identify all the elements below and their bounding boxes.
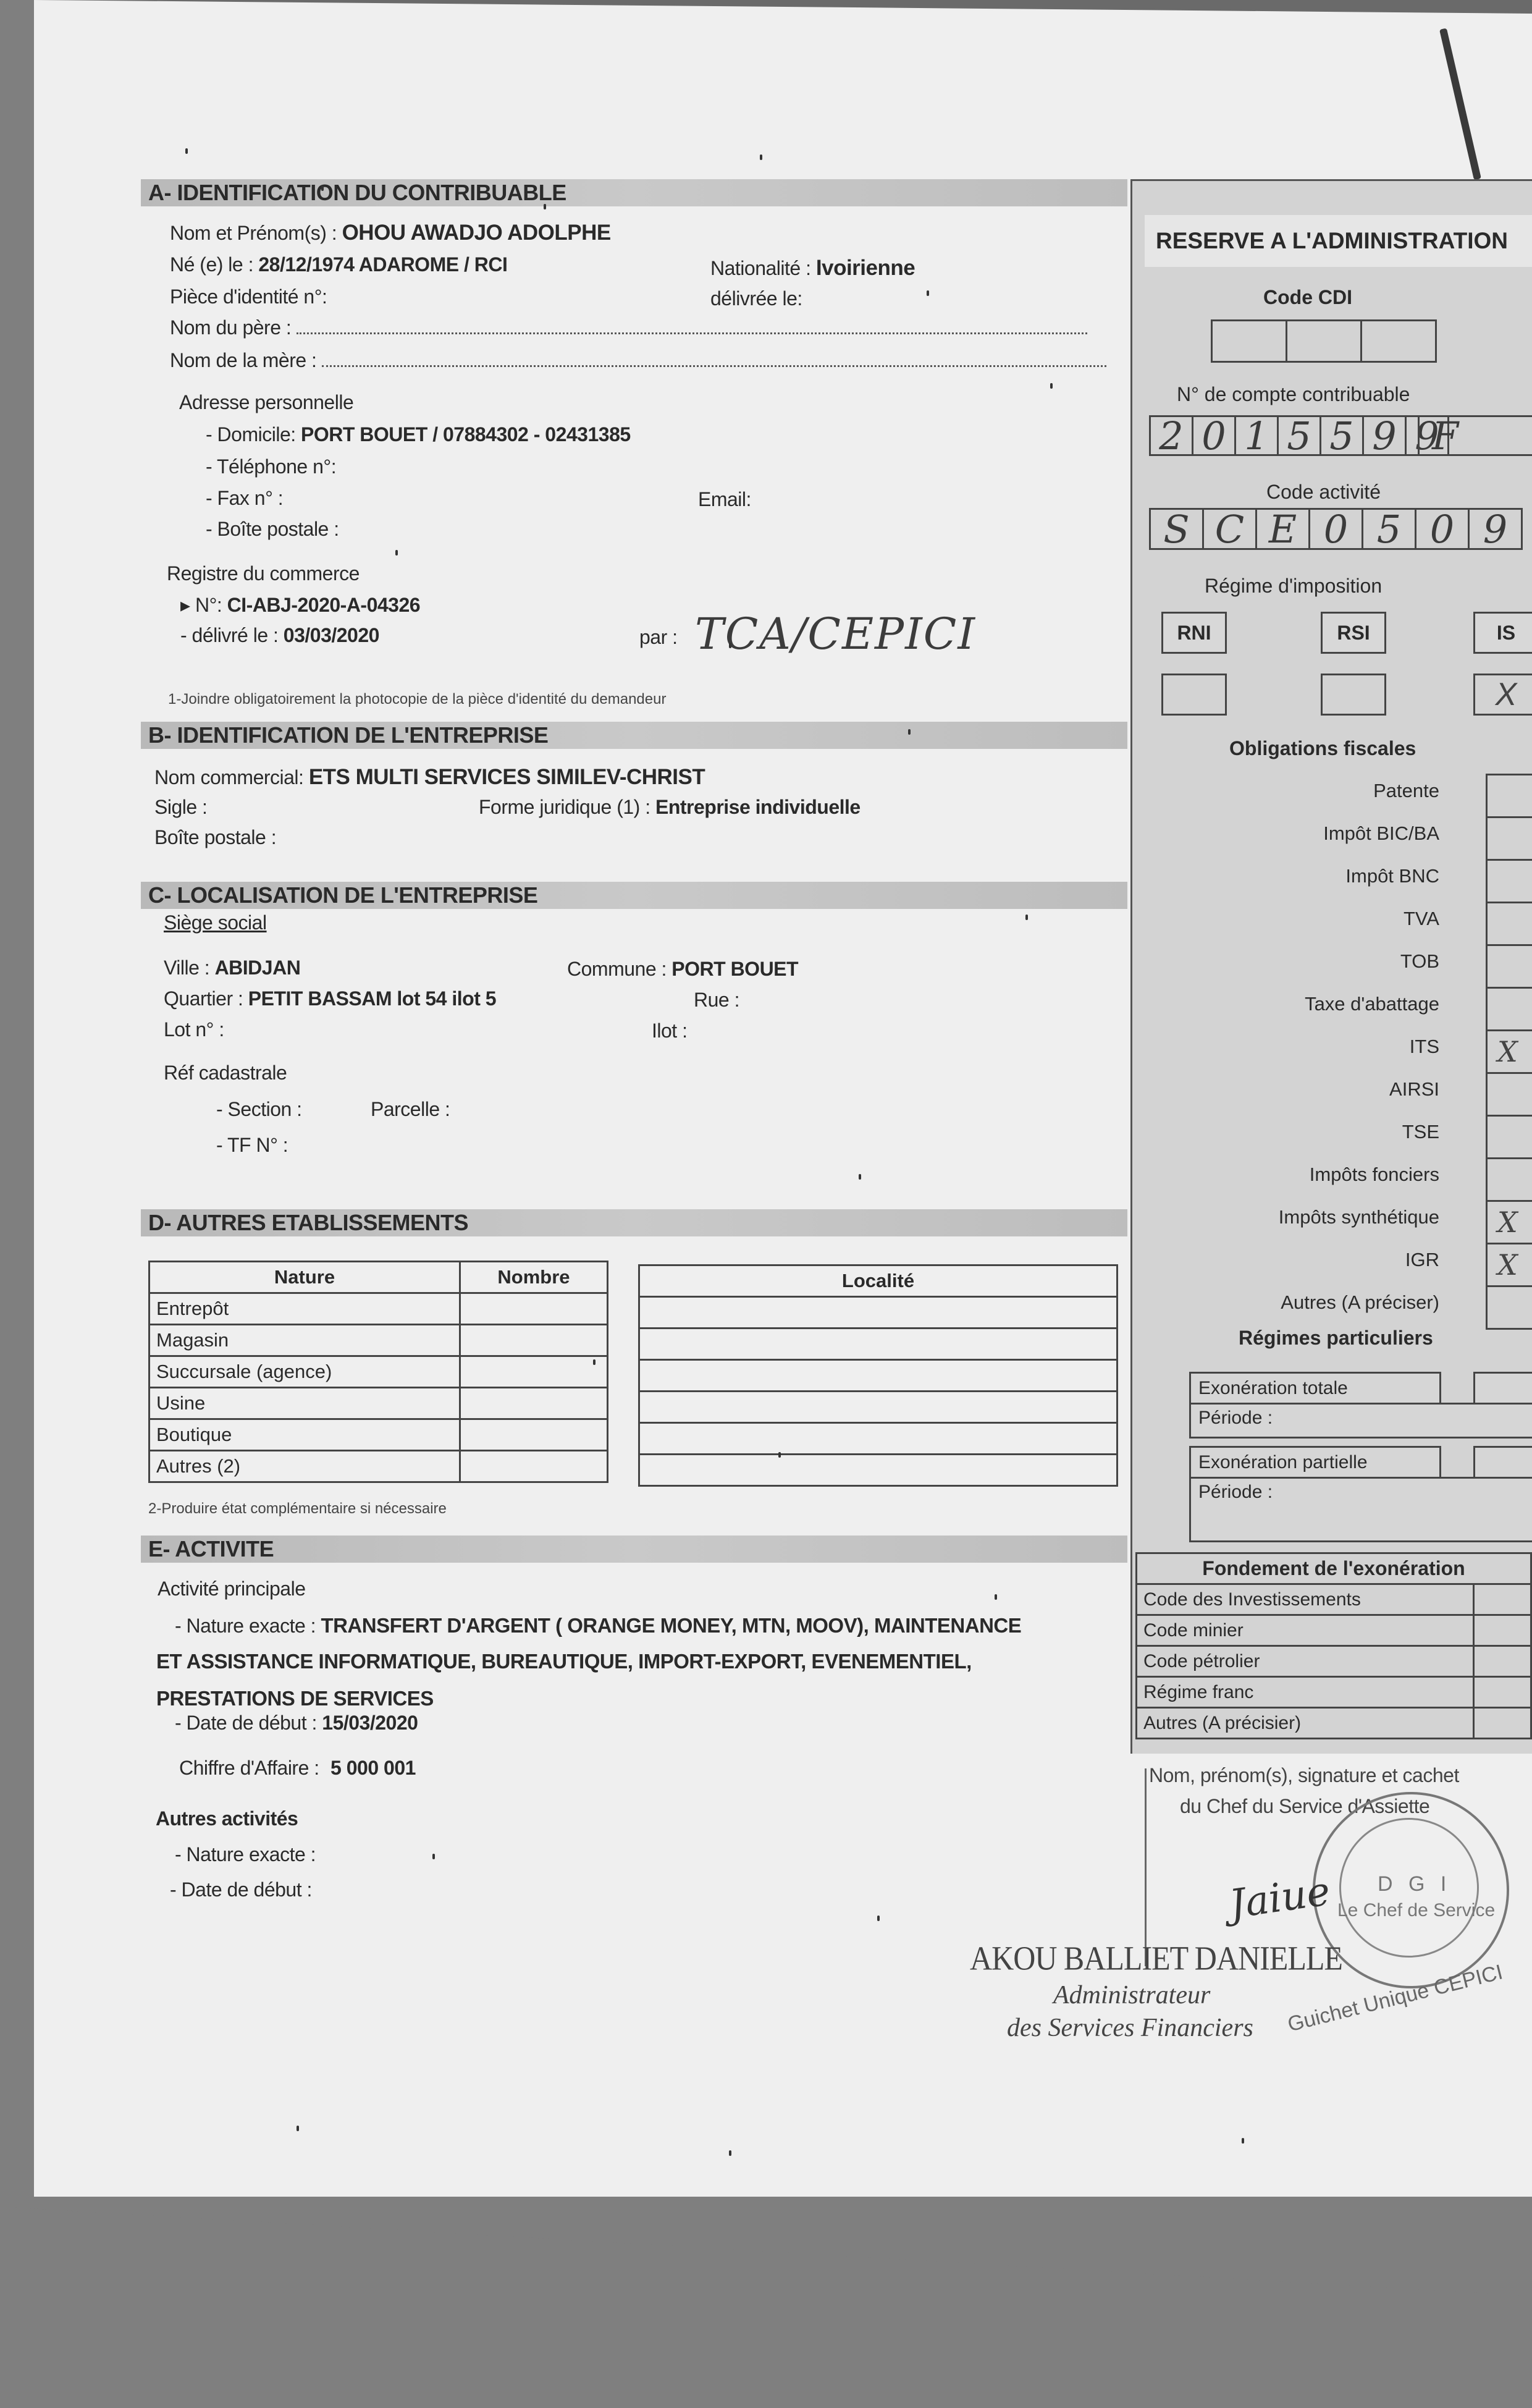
rc-delivre-label: délivré le : <box>192 624 279 646</box>
char-box[interactable]: 5 <box>1279 417 1321 454</box>
quartier-label: Quartier : <box>164 987 243 1010</box>
admin-title: RESERVE A L'ADMINISTRATION <box>1145 215 1532 267</box>
mere-label: Nom de la mère : <box>170 349 316 371</box>
obligation-checkbox[interactable] <box>1488 1159 1532 1202</box>
char-box[interactable]: C <box>1204 510 1257 548</box>
signature-label-line1: Nom, prénom(s), signature et cachet <box>1149 1764 1459 1787</box>
regime-label-rni: RNI <box>1161 612 1227 654</box>
obligation-checkbox[interactable] <box>1488 818 1532 861</box>
regimes-particuliers-label: Régimes particuliers <box>1239 1327 1433 1350</box>
compte-key: F <box>1420 417 1532 454</box>
nom-commercial-value: ETS MULTI SERVICES SIMILEV-CHRIST <box>309 765 705 789</box>
domicile-label: Domicile: <box>217 423 296 446</box>
exo-totale-label: Exonération totale <box>1189 1372 1441 1405</box>
fondement-item: Code des Investissements <box>1137 1584 1474 1615</box>
obligation-checkbox[interactable] <box>1488 903 1532 946</box>
stamp-chef-service: Le Chef de Service <box>1337 1900 1495 1921</box>
rc-no-value: CI-ABJ-2020-A-04326 <box>227 594 420 616</box>
exo-totale-checkbox[interactable] <box>1473 1372 1532 1405</box>
char-box[interactable]: 0 <box>1193 417 1236 454</box>
char-box[interactable] <box>1362 321 1435 361</box>
localite-cell[interactable] <box>639 1297 1117 1329</box>
nature-value-line1: TRANSFERT D'ARGENT ( ORANGE MONEY, MTN, … <box>321 1614 1021 1637</box>
date-debut-label: - Date de début : <box>175 1712 317 1734</box>
scan-speck <box>432 1854 435 1859</box>
compte-label: N° de compte contribuable <box>1177 383 1410 406</box>
ca-label: Chiffre d'Affaire : <box>179 1757 319 1779</box>
nature-cell: Succursale (agence) <box>149 1356 460 1388</box>
obligation-checkbox[interactable]: X <box>1488 1244 1532 1287</box>
table-row: Entrepôt <box>149 1293 608 1325</box>
etablissements-table: Nature Nombre EntrepôtMagasinSuccursale … <box>148 1261 608 1483</box>
localite-cell[interactable] <box>639 1392 1117 1423</box>
fondement-checkbox[interactable] <box>1474 1584 1531 1615</box>
nature-value-line2: ET ASSISTANCE INFORMATIQUE, BUREAUTIQUE,… <box>156 1650 972 1673</box>
obligation-label: Impôts synthétique <box>1279 1206 1439 1228</box>
exo-partielle-label: Exonération partielle <box>1189 1446 1441 1479</box>
table-row: Boutique <box>149 1419 608 1451</box>
fondement-item: Code minier <box>1137 1615 1474 1646</box>
char-box[interactable] <box>1287 321 1362 361</box>
fax-field: - Fax n° : <box>206 487 283 510</box>
table-row: Magasin <box>149 1325 608 1356</box>
localite-cell[interactable] <box>639 1329 1117 1360</box>
char-box[interactable] <box>1213 321 1287 361</box>
obligation-checkbox[interactable] <box>1488 1287 1532 1328</box>
char-box[interactable]: 5 <box>1363 510 1416 548</box>
email-label: Email: <box>698 488 751 511</box>
scan-speck <box>859 1174 861 1180</box>
pere-dotted-line <box>297 332 1087 334</box>
table-row <box>639 1392 1117 1423</box>
exo-totale-periode: Période : <box>1189 1403 1532 1438</box>
nationalite-field: Nationalité : Ivoirienne <box>710 256 915 281</box>
footnote-2: 2-Produire état complémentaire si nécess… <box>148 1500 447 1518</box>
registre-label: Registre du commerce <box>167 562 360 585</box>
scan-speck <box>778 1452 781 1458</box>
table-row: Autres (2) <box>149 1451 608 1482</box>
obligation-label: Impôts fonciers <box>1310 1164 1439 1186</box>
char-box[interactable]: 1 <box>1236 417 1279 454</box>
scan-speck <box>908 729 911 735</box>
regime-checkbox-is[interactable]: X <box>1473 674 1532 716</box>
autres-nature-label: - Nature exacte : <box>175 1843 316 1866</box>
mere-dotted-line <box>322 365 1106 367</box>
obligation-label: AIRSI <box>1389 1078 1439 1100</box>
obligation-label: Impôt BNC <box>1345 865 1439 887</box>
obligation-label: Taxe d'abattage <box>1305 993 1439 1015</box>
obligation-label: TSE <box>1402 1121 1439 1143</box>
mere-field: Nom de la mère : <box>170 349 1134 372</box>
char-box[interactable]: E <box>1257 510 1310 548</box>
regime-label: Régime d'imposition <box>1205 575 1382 598</box>
commune-value: PORT BOUET <box>671 958 798 980</box>
ville-field: Ville : ABIDJAN <box>164 957 300 979</box>
localite-table: Localité <box>638 1264 1118 1487</box>
ilot-label: Ilot : <box>652 1020 687 1042</box>
domicile-value: PORT BOUET / 07884302 - 02431385 <box>301 423 631 446</box>
ca-field: Chiffre d'Affaire : 5 000 001 <box>179 1757 416 1780</box>
char-box[interactable]: 0 <box>1416 510 1470 548</box>
obligation-checkbox[interactable]: X <box>1488 1202 1532 1244</box>
nom-commercial-label: Nom commercial: <box>154 766 303 788</box>
nombre-cell[interactable] <box>460 1325 608 1356</box>
fondement-item: Code pétrolier <box>1137 1646 1474 1677</box>
table-row <box>639 1329 1117 1360</box>
scan-speck <box>1242 2138 1244 2144</box>
obligation-label: TOB <box>1400 950 1439 973</box>
section-c-header: C- LOCALISATION DE L'ENTREPRISE <box>141 882 1127 909</box>
bp-field: - Boîte postale : <box>206 518 339 541</box>
scan-background-bottom <box>0 2184 1532 2408</box>
fondement-item: Autres (A précisier) <box>1137 1708 1474 1739</box>
regime-label-is: IS <box>1473 612 1532 654</box>
nationalite-value: Ivoirienne <box>816 256 915 280</box>
rc-delivre-field: - délivré le : 03/03/2020 <box>180 624 379 647</box>
regime-checkbox-rni[interactable] <box>1161 674 1227 716</box>
piece-label: Pièce d'identité n°: <box>170 285 327 308</box>
nature-value-line3: PRESTATIONS DE SERVICES <box>156 1687 434 1710</box>
fondement-header: Fondement de l'exonération <box>1137 1553 1531 1584</box>
lot-label: Lot n° : <box>164 1018 224 1041</box>
scan-speck <box>1025 915 1028 920</box>
parcelle-label: Parcelle : <box>371 1098 450 1121</box>
nature-cell: Boutique <box>149 1419 460 1451</box>
table-row <box>639 1423 1117 1455</box>
obligations-checkboxes: XXX <box>1486 774 1532 1330</box>
obligation-checkbox[interactable] <box>1488 1074 1532 1117</box>
nom-label: Nom et Prénom(s) : <box>170 222 337 244</box>
section-a-header: A- IDENTIFICATION DU CONTRIBUABLE <box>141 179 1127 206</box>
table-row: Autres (A précisier) <box>1137 1708 1531 1739</box>
code-cdi-boxes <box>1211 319 1437 363</box>
admin-panel-edge <box>1145 1768 1147 1966</box>
char-box[interactable]: 5 <box>1321 417 1364 454</box>
nombre-cell[interactable] <box>460 1388 608 1419</box>
forme-value: Entreprise individuelle <box>655 796 861 818</box>
footnote-1: 1-Joindre obligatoirement la photocopie … <box>168 691 666 708</box>
quartier-value: PETIT BASSAM lot 54 ilot 5 <box>248 987 496 1010</box>
obligations-label: Obligations fiscales <box>1229 737 1416 760</box>
nom-commercial-field: Nom commercial: ETS MULTI SERVICES SIMIL… <box>154 765 705 790</box>
fondement-checkbox[interactable] <box>1474 1677 1531 1708</box>
b-bp-label: Boîte postale : <box>154 826 276 849</box>
nature-cell: Usine <box>149 1388 460 1419</box>
fondement-checkbox[interactable] <box>1474 1615 1531 1646</box>
table-row: Code pétrolier <box>1137 1646 1531 1677</box>
telephone-label: Téléphone n°: <box>217 455 336 478</box>
quartier-field: Quartier : PETIT BASSAM lot 54 ilot 5 <box>164 987 496 1010</box>
code-activite-label: Code activité <box>1266 481 1381 504</box>
scan-speck <box>995 1594 997 1600</box>
localite-cell[interactable] <box>639 1423 1117 1455</box>
table-row: Régime franc <box>1137 1677 1531 1708</box>
scan-speck <box>593 1359 596 1365</box>
exo-partielle-checkbox[interactable] <box>1473 1446 1532 1479</box>
obligation-label: IGR <box>1405 1249 1439 1271</box>
nature-exacte-field: - Nature exacte : TRANSFERT D'ARGENT ( O… <box>175 1614 1021 1637</box>
exo-partielle-periode: Période : <box>1189 1477 1532 1542</box>
ref-cadastrale-label: Réf cadastrale <box>164 1062 287 1084</box>
col-nature: Nature <box>149 1262 460 1293</box>
fondement-table: Fondement de l'exonération Code des Inve… <box>1135 1552 1532 1739</box>
table-row <box>639 1360 1117 1392</box>
char-box[interactable]: 9 <box>1364 417 1407 454</box>
table-header-row: Localité <box>639 1265 1117 1297</box>
commune-field: Commune : PORT BOUET <box>567 958 798 981</box>
obligation-label: Patente <box>1373 780 1439 802</box>
commune-label: Commune : <box>567 958 667 980</box>
section-d-header: D- AUTRES ETABLISSEMENTS <box>141 1209 1127 1236</box>
nom-field: Nom et Prénom(s) : OHOU AWADJO ADOLPHE <box>170 221 611 245</box>
scan-speck <box>877 1916 880 1921</box>
bp-label: Boîte postale : <box>217 518 339 540</box>
compte-contribuable-boxes: 2015599 <box>1149 415 1449 456</box>
code-activite-boxes: SCE0509 <box>1149 508 1523 550</box>
fondement-item: Régime franc <box>1137 1677 1474 1708</box>
table-row: Code minier <box>1137 1615 1531 1646</box>
compte-key-box: F <box>1418 415 1532 456</box>
nature-label: - Nature exacte : <box>175 1615 316 1637</box>
autres-date-label: - Date de début : <box>170 1878 312 1901</box>
scan-speck <box>297 2126 299 2131</box>
autres-activites-label: Autres activités <box>156 1807 298 1830</box>
obligation-label: Impôt BIC/BA <box>1323 822 1439 845</box>
table-row <box>639 1297 1117 1329</box>
rc-delivre-value: 03/03/2020 <box>284 624 379 646</box>
char-box[interactable]: 9 <box>1470 510 1521 548</box>
siege-label: Siège social <box>164 911 267 934</box>
par-label: par : <box>639 626 678 649</box>
date-debut-value: 15/03/2020 <box>322 1712 418 1734</box>
section-field: - Section : <box>216 1098 302 1121</box>
scan-speck <box>1050 383 1053 389</box>
regime-checkbox-rsi[interactable] <box>1321 674 1386 716</box>
scan-speck <box>544 204 546 209</box>
tf-field: - TF N° : <box>216 1134 288 1157</box>
obligation-checkbox[interactable]: X <box>1488 1031 1532 1074</box>
scan-speck <box>395 550 398 556</box>
activite-principale-label: Activité principale <box>158 1578 306 1600</box>
obligation-checkbox[interactable] <box>1488 775 1532 818</box>
nombre-cell[interactable] <box>460 1293 608 1325</box>
fondement-checkbox[interactable] <box>1474 1708 1531 1739</box>
section-label: Section : <box>228 1098 302 1120</box>
code-cdi-label: Code CDI <box>1263 286 1352 309</box>
scan-speck <box>927 290 929 296</box>
signatory-name: AKOU BALLIET DANIELLE <box>970 1938 1342 1978</box>
localite-cell[interactable] <box>639 1455 1117 1486</box>
forme-field: Forme juridique (1) : Entreprise individ… <box>479 796 861 819</box>
col-nombre: Nombre <box>460 1262 608 1293</box>
rue-label: Rue : <box>694 989 739 1012</box>
obligation-checkbox[interactable] <box>1488 861 1532 903</box>
date-debut-field: - Date de début : 15/03/2020 <box>175 1712 418 1734</box>
obligation-label: Autres (A préciser) <box>1281 1291 1439 1314</box>
nature-cell: Entrepôt <box>149 1293 460 1325</box>
table-row: Usine <box>149 1388 608 1419</box>
fondement-checkbox[interactable] <box>1474 1646 1531 1677</box>
delivree-label: délivrée le: <box>710 287 802 310</box>
rc-no-label: N°: <box>195 594 222 616</box>
ca-value: 5 000 001 <box>330 1757 416 1779</box>
section-b-header: B- IDENTIFICATION DE L'ENTREPRISE <box>141 722 1127 749</box>
ne-value: 28/12/1974 ADAROME / RCI <box>258 253 507 276</box>
table-row <box>639 1455 1117 1486</box>
scan-speck <box>760 154 762 160</box>
nationalite-label: Nationalité : <box>710 257 810 279</box>
rc-number-field: ▸ N°: CI-ABJ-2020-A-04326 <box>180 593 420 617</box>
nom-value: OHOU AWADJO ADOLPHE <box>342 221 611 245</box>
table-header-row: Nature Nombre <box>149 1262 608 1293</box>
signatory-role-line2: des Services Financiers <box>1007 2013 1253 2043</box>
telephone-field: - Téléphone n°: <box>206 455 336 478</box>
ne-label: Né (e) le : <box>170 253 253 276</box>
scan-speck <box>729 2150 731 2156</box>
fax-label: Fax n° : <box>217 487 284 509</box>
pere-label: Nom du père : <box>170 316 291 339</box>
localite-cell[interactable] <box>639 1360 1117 1392</box>
section-e-header: E- ACTIVITE <box>141 1536 1127 1563</box>
char-box[interactable]: S <box>1151 510 1204 548</box>
table-row: Succursale (agence) <box>149 1356 608 1388</box>
obligation-label: TVA <box>1404 908 1439 930</box>
scan-speck <box>321 185 324 191</box>
nature-cell: Magasin <box>149 1325 460 1356</box>
table-row: Code des Investissements <box>1137 1584 1531 1615</box>
stamp-dgi: D G I <box>1378 1872 1451 1896</box>
sigle-label: Sigle : <box>154 796 207 819</box>
scan-speck <box>185 148 188 154</box>
scan-speck <box>729 643 731 648</box>
char-box[interactable]: 0 <box>1310 510 1363 548</box>
obligation-checkbox[interactable] <box>1488 989 1532 1031</box>
char-box[interactable]: 2 <box>1151 417 1193 454</box>
nombre-cell[interactable] <box>460 1356 608 1388</box>
ville-label: Ville : <box>164 957 209 979</box>
domicile-field: - Domicile: PORT BOUET / 07884302 - 0243… <box>206 423 631 446</box>
nombre-cell[interactable] <box>460 1419 608 1451</box>
forme-label: Forme juridique (1) : <box>479 796 650 818</box>
obligation-checkbox[interactable] <box>1488 946 1532 989</box>
ville-value: ABIDJAN <box>215 957 301 979</box>
signatory-role-line1: Administrateur <box>1053 1980 1210 2010</box>
tf-label: TF N° : <box>227 1134 288 1156</box>
col-localite: Localité <box>639 1265 1117 1297</box>
adresse-label: Adresse personnelle <box>179 391 353 414</box>
naissance-field: Né (e) le : 28/12/1974 ADAROME / RCI <box>170 253 507 276</box>
pere-field: Nom du père : <box>170 316 1134 339</box>
nombre-cell[interactable] <box>460 1451 608 1482</box>
par-handwritten-value: TCA/CEPICI <box>695 609 976 659</box>
nature-cell: Autres (2) <box>149 1451 460 1482</box>
obligation-label: ITS <box>1410 1036 1439 1058</box>
obligation-checkbox[interactable] <box>1488 1117 1532 1159</box>
regime-label-rsi: RSI <box>1321 612 1386 654</box>
